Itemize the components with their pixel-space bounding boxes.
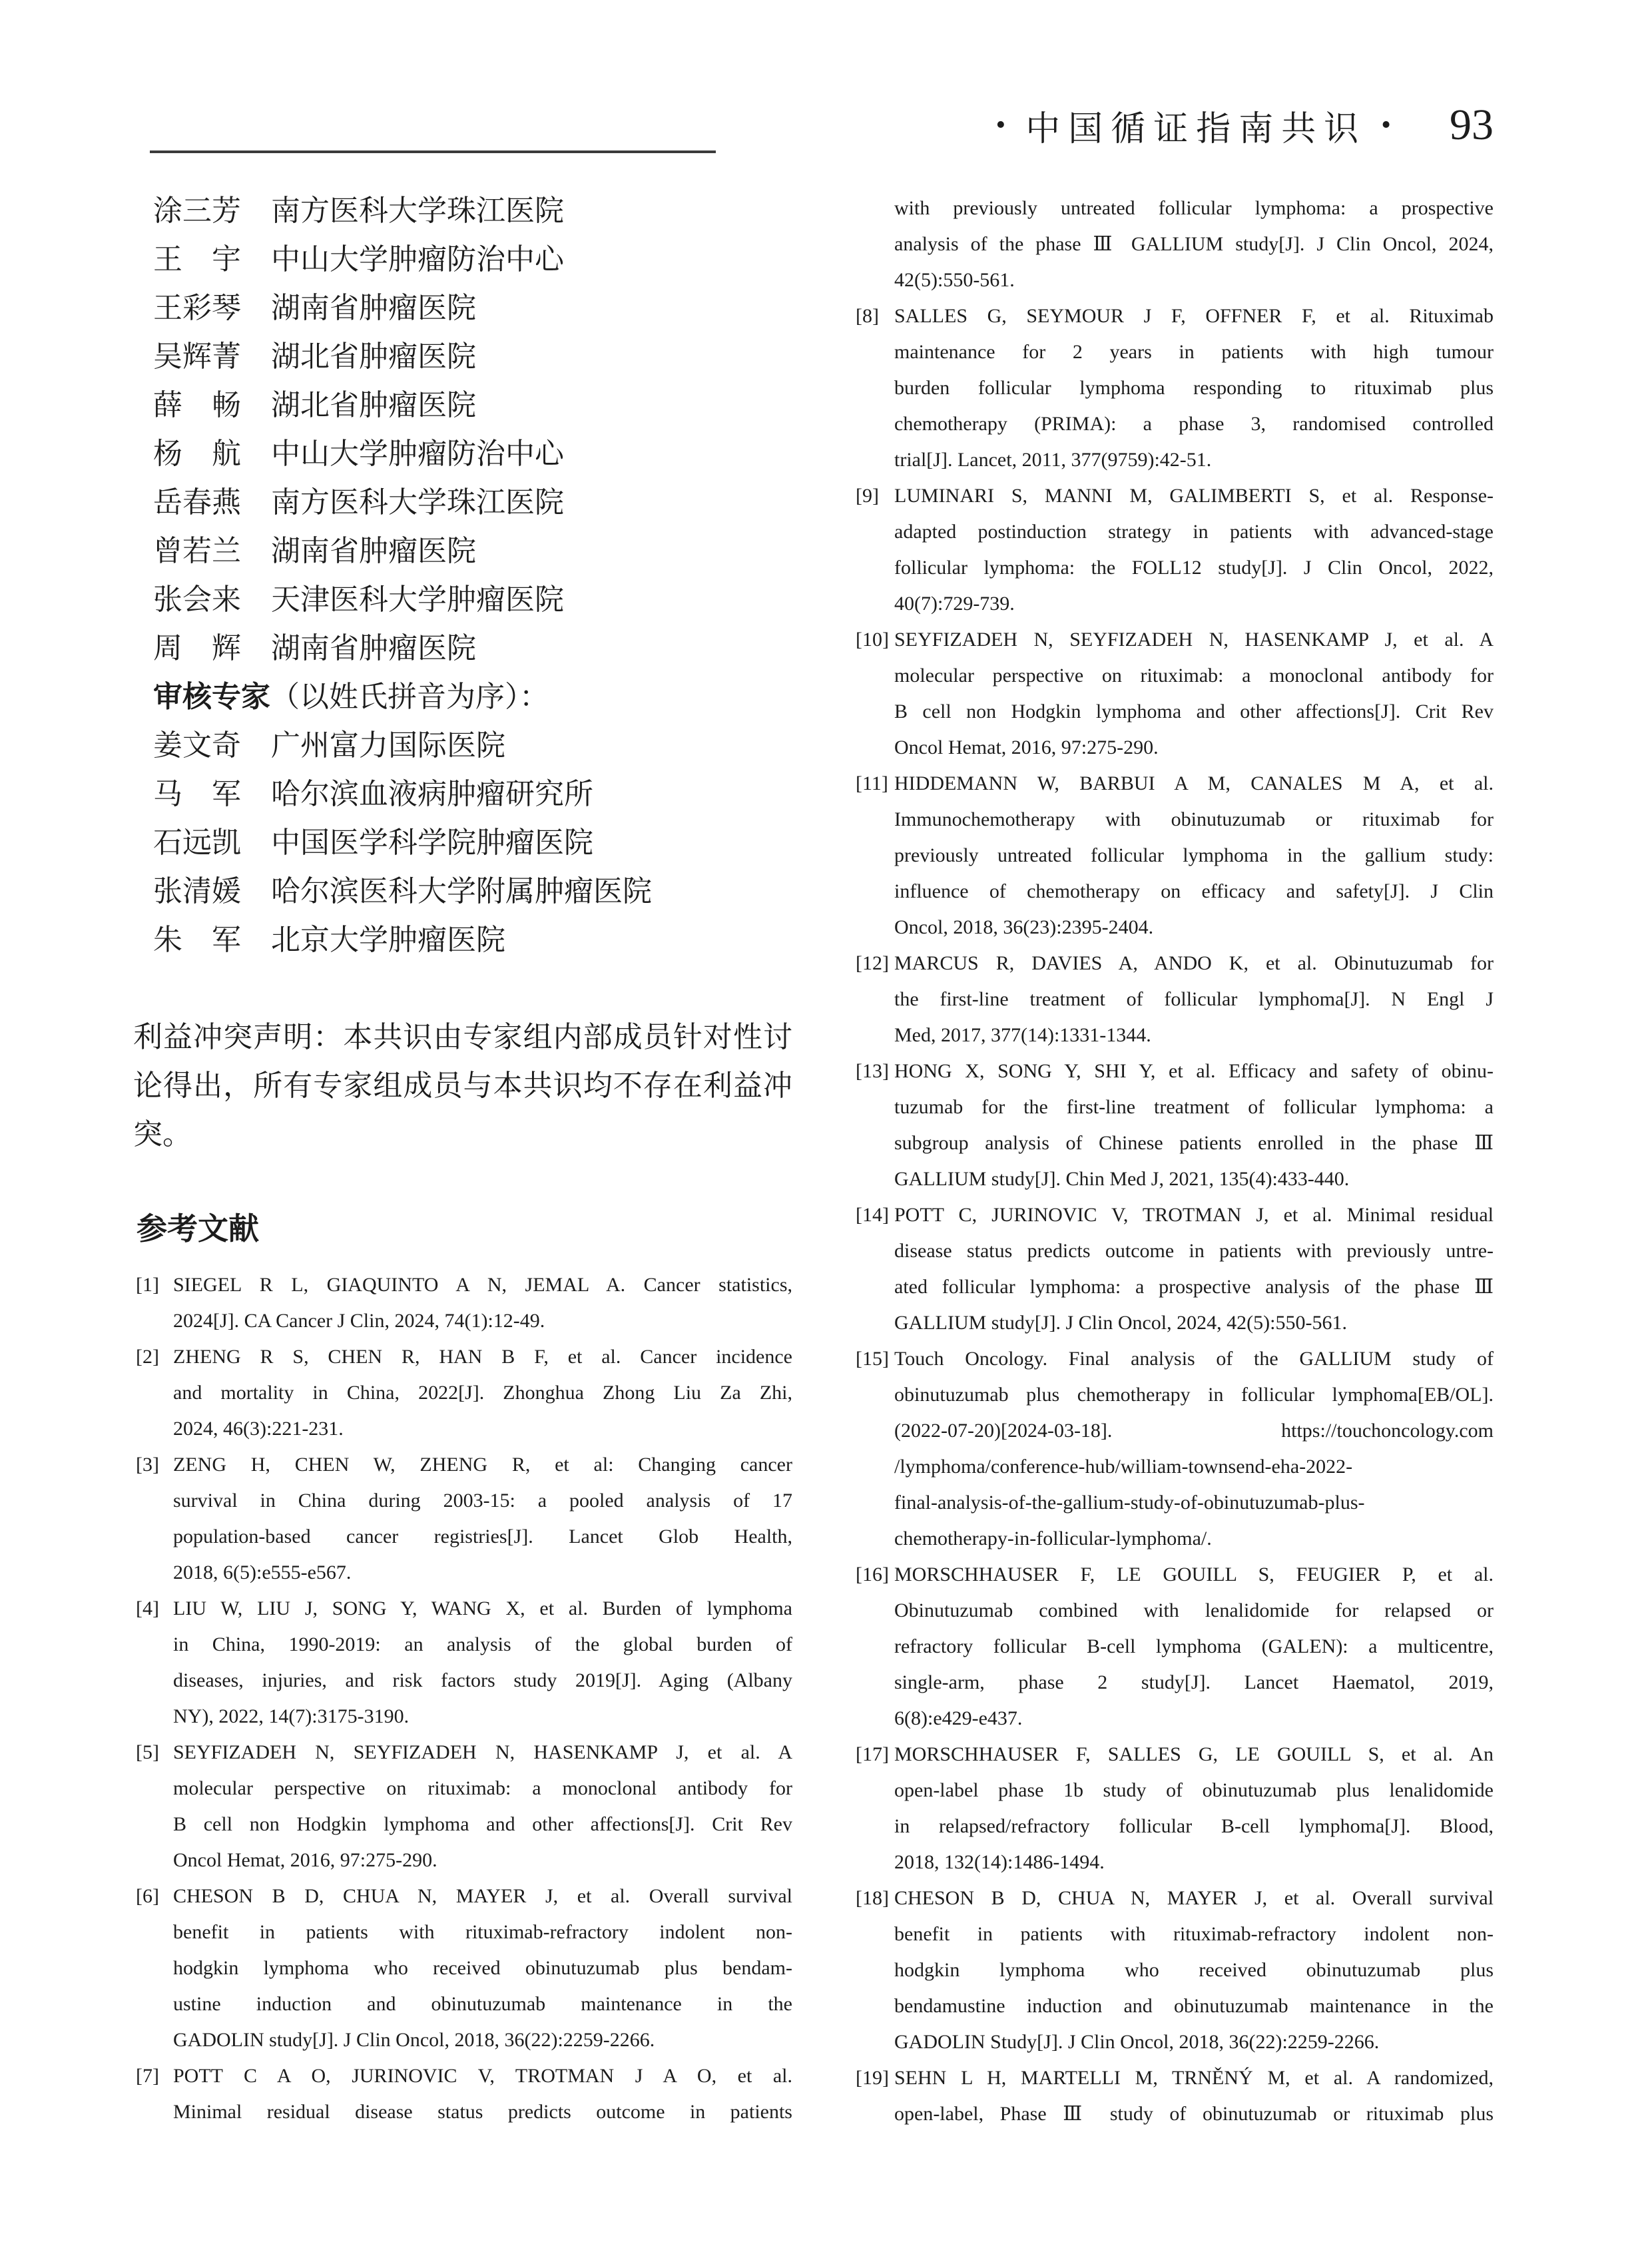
reference-line: ZENG H, CHEN W, ZHENG R, et al: Changing… bbox=[173, 1447, 792, 1483]
reference-line: tuzumab for the first-line treatment of … bbox=[894, 1089, 1494, 1125]
reference-number: [14] bbox=[856, 1197, 889, 1233]
reference-line: open-label phase 1b study of obinutuzuma… bbox=[894, 1773, 1494, 1809]
reference-line: GADOLIN study[J]. J Clin Oncol, 2018, 36… bbox=[173, 2022, 792, 2058]
member-row: 王 宇中山大学肿瘤防治中心 bbox=[133, 235, 792, 284]
member-affiliation: 天津医科大学肿瘤医院 bbox=[271, 583, 564, 616]
reference-text: MORSCHHAUSER F, SALLES G, LE GOUILL S, e… bbox=[894, 1737, 1494, 1880]
reference-line: diseases, injuries, and risk factors stu… bbox=[173, 1663, 792, 1699]
reference-item: [13] HONG X, SONG Y, SHI Y, et al. Effic… bbox=[856, 1053, 1494, 1197]
member-name: 岳春燕 bbox=[153, 478, 241, 527]
member-name: 吴辉菁 bbox=[153, 332, 241, 381]
reference-line: in China, 1990-2019: an analysis of the … bbox=[173, 1627, 792, 1663]
reference-number: [15] bbox=[856, 1341, 889, 1377]
reference-number: [18] bbox=[856, 1880, 889, 1916]
conflict-line: 利益冲突声明：本共识由专家组内部成员针对性讨 bbox=[133, 1013, 792, 1061]
reference-text: LIU W, LIU J, SONG Y, WANG X, et al. Bur… bbox=[173, 1591, 792, 1735]
member-affiliation: 湖北省肿瘤医院 bbox=[271, 389, 476, 421]
conflict-line: 论得出，所有专家组成员与本共识均不存在利益冲 bbox=[133, 1061, 792, 1110]
reference-item: [4] LIU W, LIU J, SONG Y, WANG X, et al.… bbox=[133, 1591, 792, 1735]
reference-line: Immunochemotherapy with obinutuzumab or … bbox=[894, 802, 1494, 838]
reviewer-name: 朱 军 bbox=[153, 916, 241, 964]
reference-line: 2024[J]. CA Cancer J Clin, 2024, 74(1):1… bbox=[173, 1303, 792, 1339]
reference-number: [17] bbox=[856, 1737, 889, 1773]
reviewer-row: 姜文奇广州富力国际医院 bbox=[133, 721, 792, 770]
member-row: 涂三芳南方医科大学珠江医院 bbox=[133, 186, 792, 235]
reference-line: HONG X, SONG Y, SHI Y, et al. Efficacy a… bbox=[894, 1053, 1494, 1089]
reference-text: Touch Oncology. Final analysis of the GA… bbox=[894, 1341, 1494, 1557]
reference-line: open-label, Phase Ⅲ study of obinutuzuma… bbox=[894, 2096, 1494, 2132]
reference-text: SEYFIZADEH N, SEYFIZADEH N, HASENKAMP J,… bbox=[894, 622, 1494, 766]
reference-line: in relapsed/refractory follicular B-cell… bbox=[894, 1809, 1494, 1844]
reference-line: disease status predicts outcome in patie… bbox=[894, 1233, 1494, 1269]
reference-line: ZHENG R S, CHEN R, HAN B F, et al. Cance… bbox=[173, 1339, 792, 1375]
reference-line: SEYFIZADEH N, SEYFIZADEH N, HASENKAMP J,… bbox=[173, 1735, 792, 1771]
reviewer-list: 姜文奇广州富力国际医院 马 军哈尔滨血液病肿瘤研究所 石远凯中国医学科学院肿瘤医… bbox=[133, 721, 792, 964]
reference-number: [8] bbox=[856, 298, 879, 334]
reference-item: [3] ZENG H, CHEN W, ZHENG R, et al: Chan… bbox=[133, 1447, 792, 1591]
reference-line: HIDDEMANN W, BARBUI A M, CANALES M A, et… bbox=[894, 766, 1494, 802]
member-row: 薛 畅湖北省肿瘤医院 bbox=[133, 381, 792, 429]
reviewer-row: 石远凯中国医学科学院肿瘤医院 bbox=[133, 818, 792, 867]
footnote-rule bbox=[150, 150, 716, 153]
reviewer-name: 张清媛 bbox=[153, 867, 241, 916]
reference-text: SIEGEL R L, GIAQUINTO A N, JEMAL A. Canc… bbox=[173, 1267, 792, 1339]
reference-line: the first-line treatment of follicular l… bbox=[894, 981, 1494, 1017]
reviewer-name: 姜文奇 bbox=[153, 721, 241, 770]
member-name: 杨 航 bbox=[153, 429, 241, 478]
journal-page: • 中国循证指南共识 • 93 涂三芳南方医科大学珠江医院 王 宇中山大学肿瘤防… bbox=[0, 0, 1652, 2242]
references-right-column: with previously untreated follicular lym… bbox=[856, 190, 1494, 2132]
reference-item: [18] CHESON B D, CHUA N, MAYER J, et al.… bbox=[856, 1880, 1494, 2060]
reference-line: 2018, 6(5):e555-e567. bbox=[173, 1555, 792, 1591]
reference-line: NY), 2022, 14(7):3175-3190. bbox=[173, 1699, 792, 1735]
reference-line: GALLIUM study[J]. Chin Med J, 2021, 135(… bbox=[894, 1161, 1494, 1197]
reference-line: population-based cancer registries[J]. L… bbox=[173, 1519, 792, 1555]
reference-item: [1] SIEGEL R L, GIAQUINTO A N, JEMAL A. … bbox=[133, 1267, 792, 1339]
reference-line: SALLES G, SEYMOUR J F, OFFNER F, et al. … bbox=[894, 298, 1494, 334]
member-affiliation: 南方医科大学珠江医院 bbox=[271, 194, 564, 227]
member-name: 周 辉 bbox=[153, 624, 241, 673]
reference-line: single-arm, phase 2 study[J]. Lancet Hae… bbox=[894, 1665, 1494, 1701]
reference-item: [15] Touch Oncology. Final analysis of t… bbox=[856, 1341, 1494, 1557]
reference-text: with previously untreated follicular lym… bbox=[894, 190, 1494, 298]
reference-number: [4] bbox=[136, 1591, 159, 1627]
reference-line: 2018, 132(14):1486-1494. bbox=[894, 1844, 1494, 1880]
reviewer-row: 朱 军北京大学肿瘤医院 bbox=[133, 916, 792, 964]
reference-line: SEHN L H, MARTELLI M, TRNĚNÝ M, et al. A… bbox=[894, 2060, 1494, 2096]
reference-line: trial[J]. Lancet, 2011, 377(9759):42-51. bbox=[894, 442, 1494, 478]
member-row: 吴辉菁湖北省肿瘤医院 bbox=[133, 332, 792, 381]
reference-number: [12] bbox=[856, 946, 889, 981]
reference-line: LUMINARI S, MANNI M, GALIMBERTI S, et al… bbox=[894, 478, 1494, 514]
reference-text: MORSCHHAUSER F, LE GOUILL S, FEUGIER P, … bbox=[894, 1557, 1494, 1737]
reference-line: LIU W, LIU J, SONG Y, WANG X, et al. Bur… bbox=[173, 1591, 792, 1627]
reference-number: [10] bbox=[856, 622, 889, 658]
reference-line: final-analysis-of-the-gallium-study-of-o… bbox=[894, 1485, 1494, 1521]
reference-line: ustine induction and obinutuzumab mainte… bbox=[173, 1986, 792, 2022]
reference-item: [2] ZHENG R S, CHEN R, HAN B F, et al. C… bbox=[133, 1339, 792, 1447]
member-affiliation: 湖南省肿瘤医院 bbox=[271, 292, 476, 324]
reference-line: hodgkin lymphoma who received obinutuzum… bbox=[173, 1950, 792, 1986]
reference-text: HONG X, SONG Y, SHI Y, et al. Efficacy a… bbox=[894, 1053, 1494, 1197]
reference-text: LUMINARI S, MANNI M, GALIMBERTI S, et al… bbox=[894, 478, 1494, 622]
reference-item: [14] POTT C, JURINOVIC V, TROTMAN J, et … bbox=[856, 1197, 1494, 1341]
reference-line: B cell non Hodgkin lymphoma and other af… bbox=[894, 694, 1494, 730]
reference-line: MORSCHHAUSER F, SALLES G, LE GOUILL S, e… bbox=[894, 1737, 1494, 1773]
reference-number: [16] bbox=[856, 1557, 889, 1593]
reference-line: hodgkin lymphoma who received obinutuzum… bbox=[894, 1952, 1494, 1988]
page-header: • 中国循证指南共识 • 93 bbox=[996, 100, 1494, 150]
reference-line: Obinutuzumab combined with lenalidomide … bbox=[894, 1593, 1494, 1629]
reference-text: ZENG H, CHEN W, ZHENG R, et al: Changing… bbox=[173, 1447, 792, 1591]
reference-item: [8] SALLES G, SEYMOUR J F, OFFNER F, et … bbox=[856, 298, 1494, 478]
reference-number: [13] bbox=[856, 1053, 889, 1089]
reference-line: /lymphoma/conference-hub/william-townsen… bbox=[894, 1449, 1494, 1485]
reference-line: subgroup analysis of Chinese patients en… bbox=[894, 1125, 1494, 1161]
reference-text: SEHN L H, MARTELLI M, TRNĚNÝ M, et al. A… bbox=[894, 2060, 1494, 2132]
reference-line: molecular perspective on rituximab: a mo… bbox=[894, 658, 1494, 694]
reference-item: [16] MORSCHHAUSER F, LE GOUILL S, FEUGIE… bbox=[856, 1557, 1494, 1737]
reference-number: [9] bbox=[856, 478, 879, 514]
reference-line: GADOLIN Study[J]. J Clin Oncol, 2018, 36… bbox=[894, 2024, 1494, 2060]
reference-number: [7] bbox=[136, 2058, 159, 2094]
reference-line: Minimal residual disease status predicts… bbox=[173, 2094, 792, 2130]
reference-line: Oncol Hemat, 2016, 97:275-290. bbox=[173, 1842, 792, 1878]
reference-item: [9] LUMINARI S, MANNI M, GALIMBERTI S, e… bbox=[856, 478, 1494, 622]
reference-number: [11] bbox=[856, 766, 888, 802]
reviewers-heading-label: 审核专家 bbox=[153, 681, 270, 713]
member-row: 岳春燕南方医科大学珠江医院 bbox=[133, 478, 792, 527]
reviewer-affiliation: 中国医学科学院肿瘤医院 bbox=[271, 826, 593, 859]
reference-line: obinutuzumab plus chemotherapy in follic… bbox=[894, 1377, 1494, 1413]
reference-text: POTT C, JURINOVIC V, TROTMAN J, et al. M… bbox=[894, 1197, 1494, 1341]
reference-item: [17] MORSCHHAUSER F, SALLES G, LE GOUILL… bbox=[856, 1737, 1494, 1880]
member-name: 薛 畅 bbox=[153, 381, 241, 429]
reference-item: [7] POTT C A O, JURINOVIC V, TROTMAN J A… bbox=[133, 2058, 792, 2130]
reference-line: Med, 2017, 377(14):1331-1344. bbox=[894, 1017, 1494, 1053]
reference-item: [10] SEYFIZADEH N, SEYFIZADEH N, HASENKA… bbox=[856, 622, 1494, 766]
reference-line: survival in China during 2003-15: a pool… bbox=[173, 1483, 792, 1519]
reference-number: [5] bbox=[136, 1735, 159, 1771]
reference-text: CHESON B D, CHUA N, MAYER J, et al. Over… bbox=[894, 1880, 1494, 2060]
conflict-of-interest-statement: 利益冲突声明：本共识由专家组内部成员针对性讨 论得出，所有专家组成员与本共识均不… bbox=[133, 1013, 792, 1159]
journal-section-label: 中国循证指南共识 bbox=[1025, 101, 1366, 150]
member-row: 张会来天津医科大学肿瘤医院 bbox=[133, 575, 792, 624]
reference-line: burden follicular lymphoma responding to… bbox=[894, 370, 1494, 406]
reference-line: B cell non Hodgkin lymphoma and other af… bbox=[173, 1807, 792, 1842]
reviewers-heading-note: （以姓氏拼音为序）： bbox=[270, 681, 549, 713]
reviewer-name: 马 军 bbox=[153, 770, 241, 818]
reference-line: Oncol Hemat, 2016, 97:275-290. bbox=[894, 730, 1494, 766]
member-affiliation: 中山大学肿瘤防治中心 bbox=[271, 243, 564, 276]
reference-item: [19] SEHN L H, MARTELLI M, TRNĚNÝ M, et … bbox=[856, 2060, 1494, 2132]
reference-line: (2022-07-20)[2024-03-18]. https://toucho… bbox=[894, 1413, 1494, 1449]
reference-line: POTT C, JURINOVIC V, TROTMAN J, et al. M… bbox=[894, 1197, 1494, 1233]
reference-text: CHESON B D, CHUA N, MAYER J, et al. Over… bbox=[173, 1878, 792, 2058]
reference-line: Touch Oncology. Final analysis of the GA… bbox=[894, 1341, 1494, 1377]
reviewers-heading: 审核专家（以姓氏拼音为序）： bbox=[133, 673, 792, 721]
reference-line: refractory follicular B-cell lymphoma (G… bbox=[894, 1629, 1494, 1665]
reference-line: 2024, 46(3):221-231. bbox=[173, 1411, 792, 1447]
reviewer-row: 张清媛哈尔滨医科大学附属肿瘤医院 bbox=[133, 867, 792, 916]
reviewer-name: 石远凯 bbox=[153, 818, 241, 867]
member-affiliation: 湖北省肿瘤医院 bbox=[271, 340, 476, 373]
reviewer-affiliation: 广州富力国际医院 bbox=[271, 729, 505, 762]
left-column-author-list: 涂三芳南方医科大学珠江医院 王 宇中山大学肿瘤防治中心 王彩琴湖南省肿瘤医院 吴… bbox=[133, 186, 792, 964]
member-name: 涂三芳 bbox=[153, 186, 241, 235]
member-row: 杨 航中山大学肿瘤防治中心 bbox=[133, 429, 792, 478]
reviewer-affiliation: 哈尔滨医科大学附属肿瘤医院 bbox=[271, 875, 652, 908]
header-left-bullet-icon: • bbox=[996, 111, 1006, 139]
reference-line: ated follicular lymphoma: a prospective … bbox=[894, 1269, 1494, 1305]
reference-item: [12] MARCUS R, DAVIES A, ANDO K, et al. … bbox=[856, 946, 1494, 1053]
reference-line: with previously untreated follicular lym… bbox=[894, 190, 1494, 226]
reference-line: POTT C A O, JURINOVIC V, TROTMAN J A O, … bbox=[173, 2058, 792, 2094]
member-affiliation: 南方医科大学珠江医院 bbox=[271, 486, 564, 519]
reference-line: 6(8):e429-e437. bbox=[894, 1701, 1494, 1737]
member-row: 周 辉湖南省肿瘤医院 bbox=[133, 624, 792, 673]
references-left-column: [1] SIEGEL R L, GIAQUINTO A N, JEMAL A. … bbox=[133, 1267, 792, 2130]
reference-number: [3] bbox=[136, 1447, 159, 1483]
reference-text: ZHENG R S, CHEN R, HAN B F, et al. Cance… bbox=[173, 1339, 792, 1447]
member-row: 王彩琴湖南省肿瘤医院 bbox=[133, 284, 792, 332]
reviewer-affiliation: 哈尔滨血液病肿瘤研究所 bbox=[271, 778, 593, 810]
member-affiliation: 中山大学肿瘤防治中心 bbox=[271, 437, 564, 470]
reference-line: benefit in patients with rituximab-refra… bbox=[173, 1914, 792, 1950]
reference-line: analysis of the phase Ⅲ GALLIUM study[J]… bbox=[894, 226, 1494, 262]
reference-line: follicular lymphoma: the FOLL12 study[J]… bbox=[894, 550, 1494, 586]
reference-line: adapted postinduction strategy in patien… bbox=[894, 514, 1494, 550]
reference-text: SEYFIZADEH N, SEYFIZADEH N, HASENKAMP J,… bbox=[173, 1735, 792, 1878]
member-affiliation: 湖南省肿瘤医院 bbox=[271, 632, 476, 665]
reference-line: chemotherapy (PRIMA): a phase 3, randomi… bbox=[894, 406, 1494, 442]
reference-line: 40(7):729-739. bbox=[894, 586, 1494, 622]
reference-text: POTT C A O, JURINOVIC V, TROTMAN J A O, … bbox=[173, 2058, 792, 2130]
reference-line: MARCUS R, DAVIES A, ANDO K, et al. Obinu… bbox=[894, 946, 1494, 981]
reference-line: and mortality in China, 2022[J]. Zhonghu… bbox=[173, 1375, 792, 1411]
reference-item: [6] CHESON B D, CHUA N, MAYER J, et al. … bbox=[133, 1878, 792, 2058]
member-name: 张会来 bbox=[153, 575, 241, 624]
reference-line: MORSCHHAUSER F, LE GOUILL S, FEUGIER P, … bbox=[894, 1557, 1494, 1593]
reference-line: chemotherapy-in-follicular-lymphoma/. bbox=[894, 1521, 1494, 1557]
reviewer-row: 马 军哈尔滨血液病肿瘤研究所 bbox=[133, 770, 792, 818]
member-name: 王 宇 bbox=[153, 235, 241, 284]
reference-number: [1] bbox=[136, 1267, 159, 1303]
reference-line: maintenance for 2 years in patients with… bbox=[894, 334, 1494, 370]
reference-number: [2] bbox=[136, 1339, 159, 1375]
reference-item: [5] SEYFIZADEH N, SEYFIZADEH N, HASENKAM… bbox=[133, 1735, 792, 1878]
reference-item: [11] HIDDEMANN W, BARBUI A M, CANALES M … bbox=[856, 766, 1494, 946]
reference-line: GALLIUM study[J]. J Clin Oncol, 2024, 42… bbox=[894, 1305, 1494, 1341]
reference-line: bendamustine induction and obinutuzumab … bbox=[894, 1988, 1494, 2024]
reference-text: HIDDEMANN W, BARBUI A M, CANALES M A, et… bbox=[894, 766, 1494, 946]
reference-number: [6] bbox=[136, 1878, 159, 1914]
reviewer-affiliation: 北京大学肿瘤医院 bbox=[271, 924, 505, 956]
reference-line: Oncol, 2018, 36(23):2395-2404. bbox=[894, 910, 1494, 946]
reference-line: benefit in patients with rituximab-refra… bbox=[894, 1916, 1494, 1952]
header-right-bullet-icon: • bbox=[1381, 111, 1391, 139]
reference-line: molecular perspective on rituximab: a mo… bbox=[173, 1771, 792, 1807]
conflict-lines: 利益冲突声明：本共识由专家组内部成员针对性讨 论得出，所有专家组成员与本共识均不… bbox=[133, 1013, 792, 1159]
reference-line: influence of chemotherapy on efficacy an… bbox=[894, 874, 1494, 910]
member-row: 曾若兰湖南省肿瘤医院 bbox=[133, 527, 792, 575]
reference-line: SEYFIZADEH N, SEYFIZADEH N, HASENKAMP J,… bbox=[894, 622, 1494, 658]
member-affiliation: 湖南省肿瘤医院 bbox=[271, 535, 476, 567]
references-heading: 参考文献 bbox=[137, 1207, 259, 1251]
member-name: 王彩琴 bbox=[153, 284, 241, 332]
reference-item: with previously untreated follicular lym… bbox=[856, 190, 1494, 298]
conflict-line: 突。 bbox=[133, 1110, 792, 1159]
member-list: 涂三芳南方医科大学珠江医院 王 宇中山大学肿瘤防治中心 王彩琴湖南省肿瘤医院 吴… bbox=[133, 186, 792, 673]
reference-line: previously untreated follicular lymphoma… bbox=[894, 838, 1494, 874]
reference-number: [19] bbox=[856, 2060, 889, 2096]
reference-line: CHESON B D, CHUA N, MAYER J, et al. Over… bbox=[894, 1880, 1494, 1916]
reference-line: CHESON B D, CHUA N, MAYER J, et al. Over… bbox=[173, 1878, 792, 1914]
member-name: 曾若兰 bbox=[153, 527, 241, 575]
reference-line: 42(5):550-561. bbox=[894, 262, 1494, 298]
reference-line: SIEGEL R L, GIAQUINTO A N, JEMAL A. Canc… bbox=[173, 1267, 792, 1303]
reference-text: MARCUS R, DAVIES A, ANDO K, et al. Obinu… bbox=[894, 946, 1494, 1053]
page-number: 93 bbox=[1450, 100, 1494, 150]
reference-text: SALLES G, SEYMOUR J F, OFFNER F, et al. … bbox=[894, 298, 1494, 478]
